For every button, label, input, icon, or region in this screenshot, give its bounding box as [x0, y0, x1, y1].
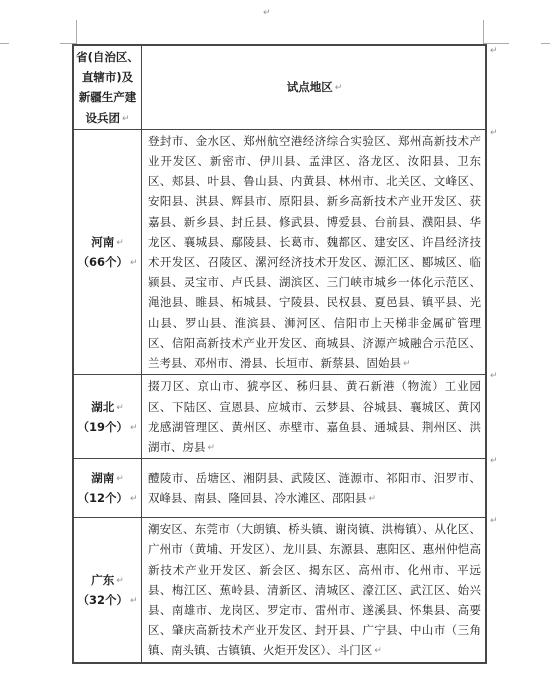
province-count: （66个） [77, 255, 128, 269]
province-cell: 广东↵ （32个）↵ [74, 518, 142, 661]
crop-mark-top-right-vertical [483, 20, 484, 43]
table-row-hubei: 湖北↵ （19个）↵ 掇刀区、京山市、猇亭区、秭归县、黄石新港（物流）工业园区、… [74, 375, 485, 459]
header-cell-areas: 试点地区↵ [142, 46, 485, 129]
areas-cell: 登封市、金水区、郑州航空港经济综合实验区、郑州高新技术产业开发区、新密市、伊川县… [142, 130, 485, 374]
paragraph-mark-icon: ↵ [116, 576, 124, 586]
paragraph-mark-icon: ↵ [130, 258, 138, 268]
province-count: （19个） [77, 420, 128, 434]
paragraph-mark-icon: ↵ [116, 403, 124, 413]
areas-cell: 潮安区、东莞市（大朗镇、桥头镇、谢岗镇、洪梅镇）、从化区、广州市（黄埔、开发区）… [142, 518, 485, 661]
table-row-hunan: 湖南↵ （12个）↵ 醴陵市、岳塘区、湘阴县、武陵区、涟源市、祁阳市、汨罗市、双… [74, 459, 485, 518]
areas-list: 掇刀区、京山市、猇亭区、秭归县、黄石新港（物流）工业园区、下陆区、宣恩县、应城市… [148, 379, 481, 454]
pilot-areas-table: 省(自治区、 直辖市)及 新疆生产建 设兵团↵ 试点地区↵ 河南↵ （66个）↵… [72, 44, 487, 664]
areas-column-header: 试点地区 [287, 80, 333, 94]
end-of-row-mark-icon: ↵ [490, 457, 498, 466]
province-count: （12个） [77, 491, 128, 505]
margin-tick-left [0, 43, 9, 44]
end-of-row-mark-icon: ↵ [490, 129, 498, 138]
paragraph-mark-icon: ↵ [116, 474, 124, 484]
paragraph-mark-icon: ↵ [130, 423, 138, 433]
areas-cell: 醴陵市、岳塘区、湘阴县、武陵区、涟源市、祁阳市、汨罗市、双峰县、南县、隆回县、冷… [142, 459, 485, 517]
end-of-row-mark-icon: ↵ [490, 47, 498, 56]
province-cell: 湖南↵ （12个）↵ [74, 459, 142, 517]
areas-cell: 掇刀区、京山市、猇亭区、秭归县、黄石新港（物流）工业园区、下陆区、宣恩县、应城市… [142, 375, 485, 458]
table-row-guangdong: 广东↵ （32个）↵ 潮安区、东莞市（大朗镇、桥头镇、谢岗镇、洪梅镇）、从化区、… [74, 518, 485, 661]
end-of-row-mark-icon: ↵ [490, 517, 498, 526]
paragraph-mark-icon: ↵ [116, 238, 124, 248]
paragraph-mark-icon: ↵ [335, 83, 343, 93]
paragraph-mark-icon: ↵ [369, 494, 377, 504]
paragraph-mark-icon: ↵ [263, 9, 271, 18]
crop-mark-top-left-vertical [76, 20, 77, 43]
header-cell-province: 省(自治区、 直辖市)及 新疆生产建 设兵团↵ [74, 46, 142, 129]
paragraph-mark-icon: ↵ [122, 114, 130, 124]
paragraph-mark-icon: ↵ [130, 596, 138, 606]
province-name: 湖南 [91, 471, 114, 485]
province-name: 河南 [91, 235, 114, 249]
table-header-row: 省(自治区、 直辖市)及 新疆生产建 设兵团↵ 试点地区↵ [74, 46, 485, 130]
province-name: 广东 [91, 573, 114, 587]
end-of-row-mark-icon: ↵ [490, 372, 498, 381]
document-page: ↵ ↵ ↵ ↵ ↵ ↵ 省(自治区、 直辖市)及 新疆生产建 设兵团↵ 试点地区… [0, 0, 550, 676]
province-cell: 湖北↵ （19个）↵ [74, 375, 142, 458]
areas-list: 登封市、金水区、郑州航空港经济综合实验区、郑州高新技术产业开发区、新密市、伊川县… [148, 134, 481, 370]
paragraph-mark-icon: ↵ [130, 494, 138, 504]
province-cell: 河南↵ （66个）↵ [74, 130, 142, 374]
paragraph-mark-icon: ↵ [403, 359, 411, 369]
table-row-henan: 河南↵ （66个）↵ 登封市、金水区、郑州航空港经济综合实验区、郑州高新技术产业… [74, 130, 485, 375]
paragraph-mark-icon: ↵ [374, 646, 382, 656]
areas-list: 醴陵市、岳塘区、湘阴县、武陵区、涟源市、祁阳市、汨罗市、双峰县、南县、隆回县、冷… [148, 471, 481, 505]
province-name: 湖北 [91, 400, 114, 414]
paragraph-mark-icon: ↵ [208, 443, 216, 453]
province-count: （32个） [77, 593, 128, 607]
margin-tick-right [541, 43, 550, 44]
areas-list: 潮安区、东莞市（大朗镇、桥头镇、谢岗镇、洪梅镇）、从化区、广州市（黄埔、开发区）… [148, 522, 481, 657]
